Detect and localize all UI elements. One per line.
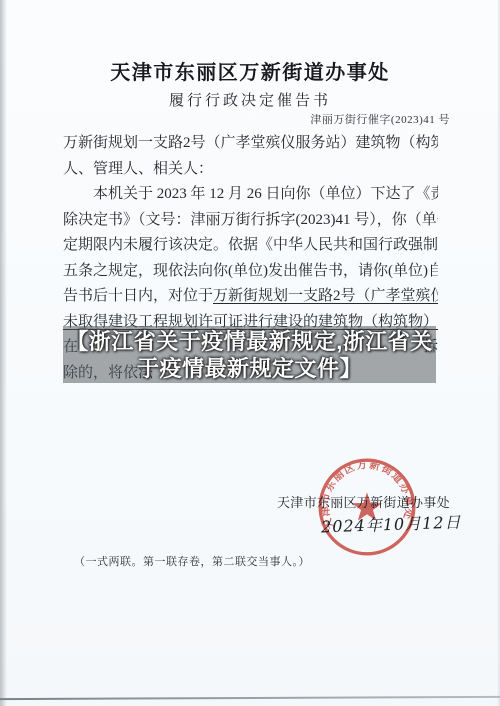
- doc-title: 履行行政决定催告书: [0, 89, 500, 110]
- body-line-text: 定期限内未履行该决定。依据《中华人民共和国行政强制法》第三十: [63, 237, 438, 253]
- paper-edge-bottom: [0, 696, 500, 700]
- body-line: 本机关于 2023 年 12 月 26 日向你（单位）下达了《责令限期拆: [63, 182, 438, 208]
- body-line-text: 本机关于 2023 年 12 月 26 日向你（单位）下达了《责令限期拆: [93, 186, 438, 202]
- signature-date-handwritten: 2024年10月12日: [321, 510, 462, 538]
- overlay-banner: 【浙江省关于疫情最新规定,浙江省关 于疫情最新规定文件】: [63, 326, 436, 383]
- overlay-banner-line2: 于疫情最新规定文件】: [137, 355, 362, 382]
- body-line-text: 五条之规定，现依法向你(单位)发出催告书，请你(单位)自收到本催: [63, 263, 438, 279]
- body-line-text: 除决定书》（文号：津丽万街行拆字(2023)41 号），你（单位）在规: [63, 212, 438, 228]
- document-page: 天津市东丽区万新街道办事处 履行行政决定催告书 津丽万街行催字(2023)41 …: [0, 0, 500, 706]
- footer-copies-note: （一式两联。第一联存卷，第二联交当事人。）: [74, 553, 310, 569]
- body-line: 万新街规划一支路2号（广孝堂殡仪服务站）建筑物（构筑物）建设: [63, 131, 438, 157]
- body-line: 人、管理人、相关人：: [63, 157, 438, 183]
- body-line-text: 万新街规划一支路2号（广孝堂殡仪服务站）建筑物（构筑物）建设: [63, 135, 438, 151]
- body-line: 五条之规定，现依法向你(单位)发出催告书，请你(单位)自收到本催: [63, 259, 438, 285]
- body-line: 除决定书》（文号：津丽万街行拆字(2023)41 号），你（单位）在规: [63, 208, 438, 234]
- overlay-banner-line1: 【浙江省关于疫情最新规定,浙江省关: [66, 328, 433, 355]
- body-line-underlined-text: 万新街规划一支路2号（广孝堂殡仪服务站）: [213, 288, 438, 304]
- body-line: 定期限内未履行该决定。依据《中华人民共和国行政强制法》第三十: [63, 233, 438, 259]
- doc-number: 津丽万街行催字(2023)41 号: [310, 111, 450, 127]
- body-line-text: 人、管理人、相关人：: [63, 161, 213, 177]
- body-line: 告书后十日内，对位于万新街规划一支路2号（广孝堂殡仪服务站）: [63, 284, 438, 310]
- signature-office: 天津市东丽区万新街道办事处: [277, 492, 450, 511]
- issuer-title: 天津市东丽区万新街道办事处: [0, 56, 500, 85]
- body-line-text: 告书后十日内，对位于: [63, 288, 213, 304]
